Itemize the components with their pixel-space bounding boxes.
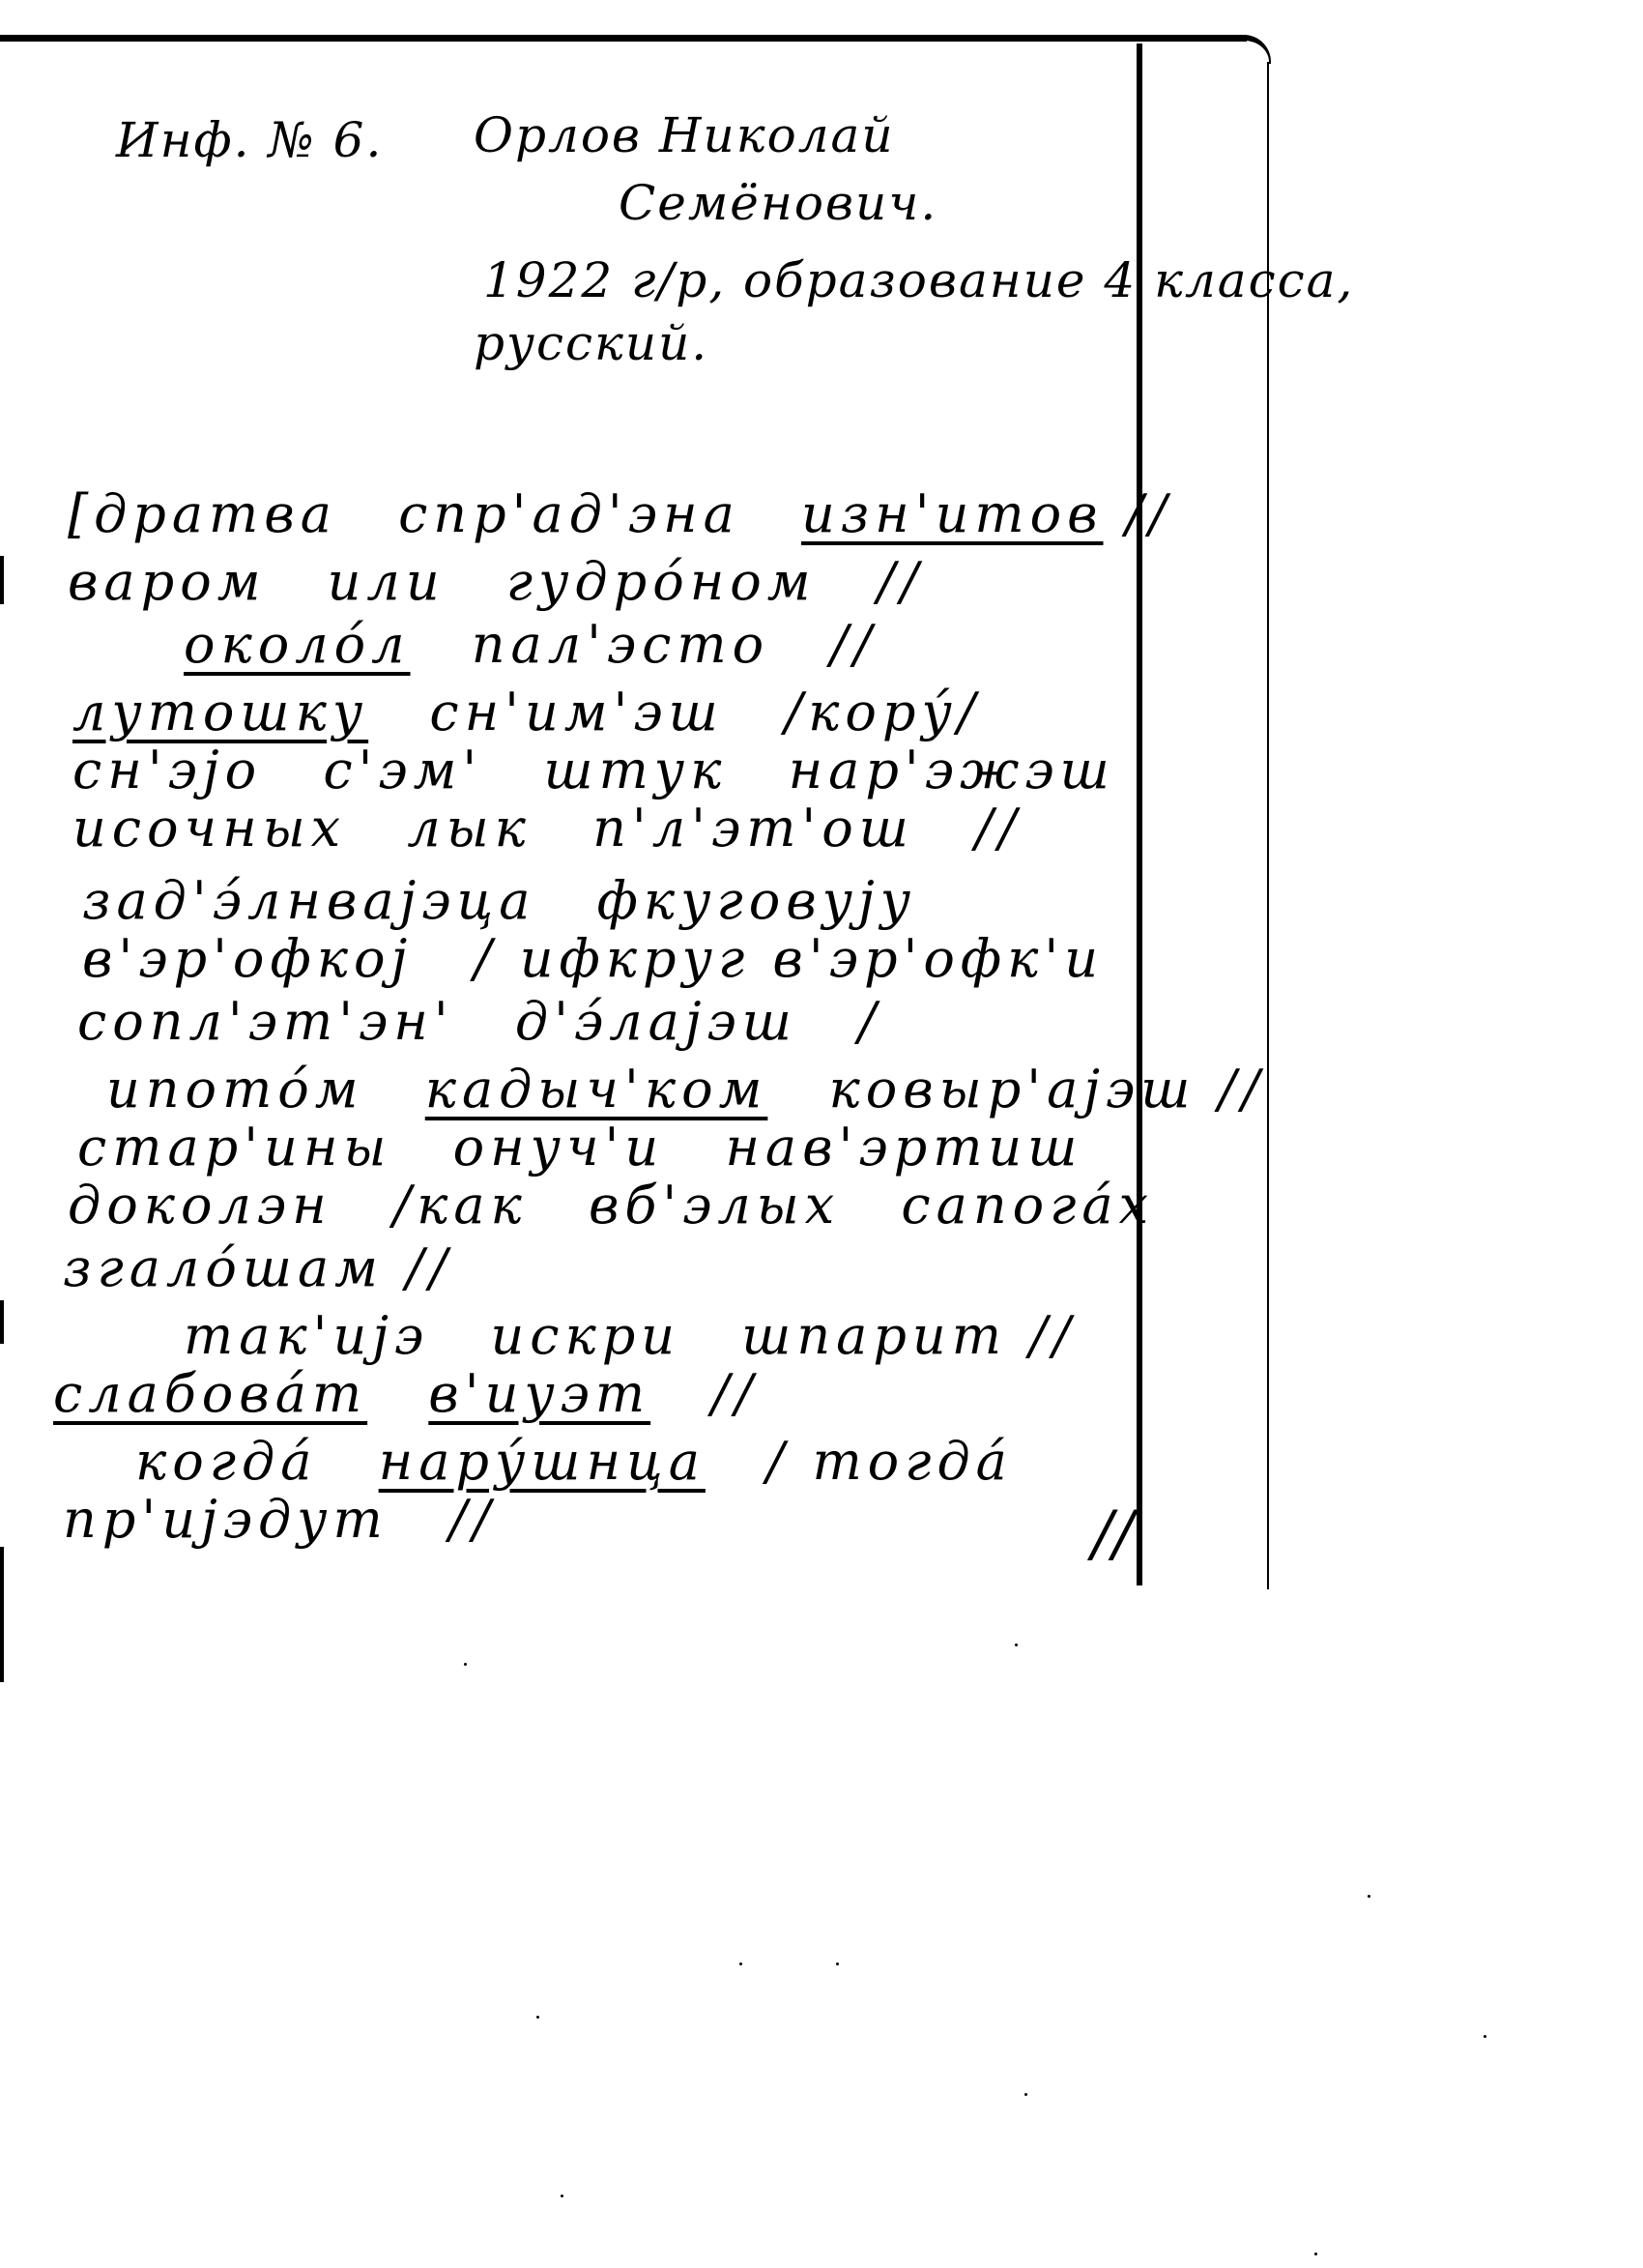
pause-mark: // <box>830 614 877 675</box>
pause-mark: // <box>878 551 924 612</box>
scan-speck <box>739 1963 742 1965</box>
underlined-word: слабова́т <box>53 1363 367 1424</box>
left-edge-mark <box>0 556 4 604</box>
informant-patronymic: Семёнович. <box>619 179 937 227</box>
transcript-line-9: сопл'эт'эн' д'э́лаjэш / <box>77 996 881 1048</box>
word: /кору́/ <box>785 682 981 742</box>
word: сапога́х <box>901 1175 1154 1236</box>
word: д'э́лаjэш <box>515 991 797 1052</box>
word: пал'эсто <box>472 614 769 675</box>
scanned-page: Инф. № 6. Орлов Николай Семёнович. 1922 … <box>0 0 1643 2268</box>
scan-speck <box>536 2016 539 2019</box>
transcript-line-5: сн'эjо с'эм' штук нар'эжэш <box>72 744 1115 797</box>
transcript-line-4: лутошку сн'им'эш /кору́/ <box>72 686 981 739</box>
pause-mark: // <box>975 798 1022 858</box>
transcript-line-16: когда́ нару́шнца / тогда́ <box>135 1436 1013 1488</box>
word: искри <box>490 1305 680 1366</box>
transcript-line-11: стар'ины онуч'и нав'эртиш <box>77 1121 1082 1174</box>
transcript-line-3: около́л пал'эсто // <box>184 619 878 671</box>
underlined-word: кадыч'ком <box>425 1059 768 1119</box>
underlined-word: изн'итов <box>801 483 1104 544</box>
word: варом <box>68 551 266 612</box>
word: фкуговуjу <box>597 870 916 931</box>
word: сн'эjо <box>72 740 262 800</box>
transcript-line-2: варом или гудро́ном // <box>68 556 924 608</box>
word: ковыр'аjэш <box>829 1059 1196 1119</box>
scan-speck <box>1024 2093 1027 2096</box>
word: исочных <box>72 798 346 858</box>
transcript-line-6: исочных лык п'л'эт'ош // <box>72 802 1022 855</box>
scan-speck <box>1015 1643 1018 1646</box>
transcript-line-1: [дратва спр'ад'эна изн'итов // <box>68 488 1172 540</box>
transcript-line-17: пр'иjэдут // <box>63 1494 496 1546</box>
transcript-line-15: слабова́т в'иуэт // <box>53 1368 759 1420</box>
word: в'эр'офк'и <box>772 928 1104 989</box>
word: или <box>328 551 446 612</box>
scan-speck <box>561 2195 563 2197</box>
pause-mark: // <box>406 1237 452 1298</box>
pause-mark: // <box>449 1489 496 1550</box>
word: штук <box>543 740 727 800</box>
word: сн'им'эш <box>429 682 723 742</box>
word: когда́ <box>135 1431 317 1492</box>
word: нав'эртиш <box>725 1117 1082 1178</box>
word: стар'ины <box>77 1117 391 1178</box>
scan-speck <box>464 1663 467 1666</box>
word: сопл'эт'эн' <box>77 991 454 1052</box>
scan-speck <box>1368 1895 1370 1898</box>
word: вб'элых <box>589 1175 840 1236</box>
word: /как <box>393 1175 528 1236</box>
underlined-word: нару́шнца <box>379 1431 706 1492</box>
underlined-word: в'иуэт <box>428 1363 650 1424</box>
left-edge-mark <box>0 1547 4 1682</box>
scan-speck <box>1484 2035 1486 2038</box>
word: доколэн <box>68 1175 332 1236</box>
transcript-line-13: згало́шам // <box>63 1242 453 1294</box>
informant-name: Орлов Николай <box>474 111 895 160</box>
word: в'эр'офкоj <box>82 928 413 989</box>
underlined-word: около́л <box>184 614 411 675</box>
top-border-line <box>0 35 1247 42</box>
pause-mark: / <box>766 1431 790 1492</box>
word: с'эм' <box>323 740 482 800</box>
underlined-word: лутошку <box>72 682 368 742</box>
end-pause-mark: // <box>1092 1498 1134 1570</box>
pause-mark: // <box>1126 483 1172 544</box>
word: так'иjэ <box>184 1305 429 1366</box>
informant-bio-line-2: русский. <box>474 319 708 367</box>
word: лык <box>407 798 532 858</box>
word: шпарит <box>741 1305 1007 1366</box>
word: нар'эжэш <box>789 740 1115 800</box>
informant-bio-line-1: 1922 г/р, образование 4 класса, <box>483 256 1354 305</box>
informant-label: Инф. № 6. <box>116 116 383 164</box>
word: тогда́ <box>812 1431 1012 1492</box>
word: гудро́ном <box>506 551 817 612</box>
transcript-line-7: зад'э́лнваjэца фкуговуjу <box>82 875 916 927</box>
transcript-line-12: доколэн /как вб'элых сапога́х <box>68 1179 1154 1232</box>
pause-mark: // <box>1029 1305 1076 1366</box>
pause-mark: // <box>711 1363 758 1424</box>
left-edge-mark <box>0 1300 4 1344</box>
pause-mark: / <box>474 928 497 989</box>
word: пр'иjэдут <box>63 1489 389 1550</box>
word: спр'ад'эна <box>398 483 740 544</box>
transcript-line-14: так'иjэ искри шпарит // <box>184 1310 1076 1362</box>
page-corner <box>1227 35 1271 64</box>
scan-speck <box>836 1963 839 1965</box>
pause-mark: // <box>1219 1059 1265 1119</box>
transcript-line-10: ипото́м кадыч'ком ковыр'аjэш // <box>106 1063 1265 1116</box>
word: п'л'эт'ош <box>592 798 914 858</box>
transcript-line-8: в'эр'офкоj / ифкруг в'эр'офк'и <box>82 933 1104 985</box>
word: згало́шам <box>63 1237 384 1298</box>
word: [дратва <box>68 483 337 544</box>
word: онуч'и <box>453 1117 665 1178</box>
word: зад'э́лнваjэца <box>82 870 535 931</box>
scan-speck <box>1314 2253 1317 2255</box>
word: ипото́м <box>106 1059 364 1119</box>
pause-mark: / <box>858 991 881 1052</box>
word: ифкруг <box>520 928 750 989</box>
